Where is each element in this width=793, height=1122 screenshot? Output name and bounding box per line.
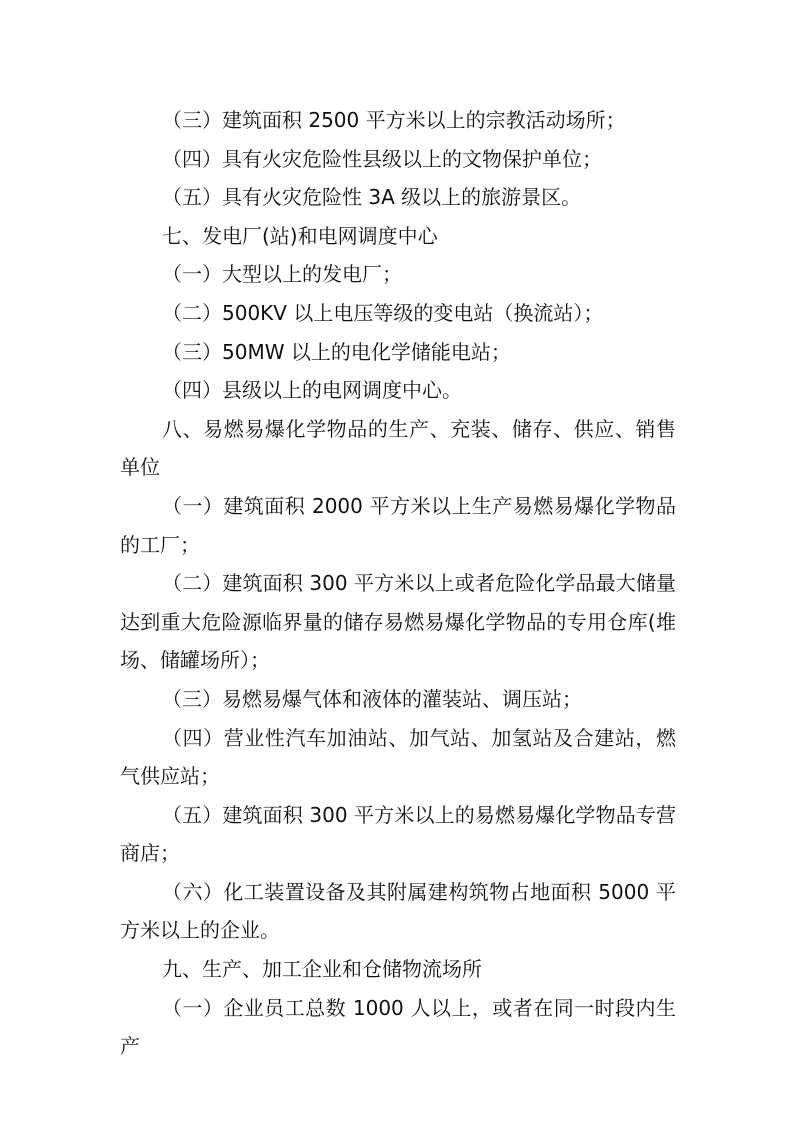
section-heading-power-plants: 七、发电厂(站)和电网调度中心 <box>120 217 676 256</box>
list-item-fuel-stations: （四）营业性汽车加油站、加气站、加氢站及合建站，燃气供应站； <box>120 719 676 796</box>
list-item-chemical-factories: （一）建筑面积 2000 平方米以上生产易燃易爆化学物品的工厂； <box>120 487 676 564</box>
document-page: （三）建筑面积 2500 平方米以上的宗教活动场所； （四）具有火灾危险性县级以… <box>120 101 676 1066</box>
list-item-religious-venues: （三）建筑面积 2500 平方米以上的宗教活动场所； <box>120 101 676 140</box>
list-item-filling-stations: （三）易燃易爆气体和液体的灌装站、调压站； <box>120 680 676 719</box>
list-item-large-power-plants: （一）大型以上的发电厂； <box>120 255 676 294</box>
list-item-substations: （二）500KV 以上电压等级的变电站（换流站）； <box>120 294 676 333</box>
section-heading-flammable-chemicals: 八、易燃易爆化学物品的生产、充装、储存、供应、销售单位 <box>120 410 676 487</box>
list-item-cultural-relics: （四）具有火灾危险性县级以上的文物保护单位； <box>120 140 676 179</box>
list-item-chemical-enterprises: （六）化工装置设备及其附属建构筑物占地面积 5000 平方米以上的企业。 <box>120 873 676 950</box>
section-heading-production-warehousing: 九、生产、加工企业和仓储物流场所 <box>120 950 676 989</box>
list-item-chemical-warehouses: （二）建筑面积 300 平方米以上或者危险化学品最大储量达到重大危险源临界量的储… <box>120 564 676 680</box>
list-item-energy-storage: （三）50MW 以上的电化学储能电站； <box>120 333 676 372</box>
list-item-tourist-areas: （五）具有火灾危险性 3A 级以上的旅游景区。 <box>120 178 676 217</box>
list-item-chemical-shops: （五）建筑面积 300 平方米以上的易燃易爆化学物品专营商店； <box>120 796 676 873</box>
list-item-grid-dispatch: （四）县级以上的电网调度中心。 <box>120 371 676 410</box>
list-item-large-enterprises: （一）企业员工总数 1000 人以上，或者在同一时段内生产 <box>120 989 676 1066</box>
